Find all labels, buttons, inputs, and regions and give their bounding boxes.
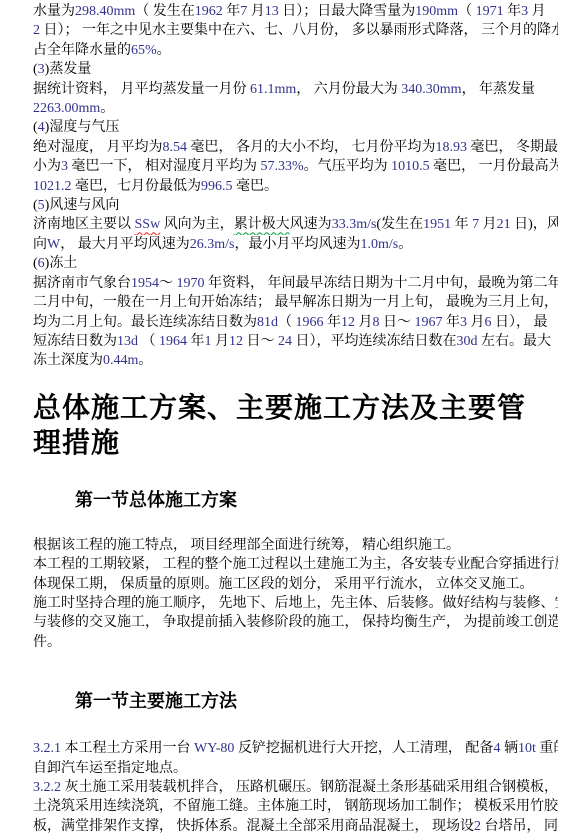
text-run: 件。	[33, 635, 61, 650]
text-run: 年	[187, 334, 205, 349]
text-run: 毫巴， 各月的大小不均， 七月份平均为	[187, 140, 436, 155]
text-line: (6)冻土	[33, 254, 558, 273]
text-run: 左右。最大	[478, 334, 552, 349]
latin-text-run: 57.33%	[261, 159, 304, 174]
text-run: 毫巴一下， 相对湿度月平均为	[68, 159, 261, 174]
text-run: 月	[355, 315, 373, 330]
latin-text-run: 1.0m/s	[360, 237, 398, 252]
spell-error-underline: SSw	[135, 217, 161, 232]
text-run: 风向为主，	[160, 217, 234, 232]
text-run: （	[278, 315, 296, 330]
latin-text-run: 30d	[457, 334, 478, 349]
text-run: 重的	[536, 741, 558, 756]
latin-text-run: 298.40mm	[75, 4, 135, 19]
overall-plan-text: 根据该工程的施工特点， 项目经理部全面进行统筹， 精心组织施工。本工程的工期较紧…	[33, 536, 558, 652]
text-line: 施工时坚持合理的施工顺序， 先地下、后地上，先主体、后装修。做好结构与装修、安装	[33, 594, 558, 613]
text-run: ， 最大月平均风速为	[60, 237, 190, 252]
text-line: (4)湿度与气压	[33, 118, 558, 137]
text-run: 施工时坚持合理的施工顺序， 先地下、后地上，先主体、后装修。做好结构与装修、安装	[33, 596, 558, 611]
latin-text-run: 33.3m/s	[332, 217, 377, 232]
latin-text-run: W	[47, 237, 60, 252]
latin-text-run: 6	[38, 256, 45, 271]
text-run: 日)，风	[511, 217, 558, 232]
text-run: 月	[467, 315, 485, 330]
latin-text-run: 3.2.2	[33, 780, 61, 795]
latin-text-run: 1971	[476, 4, 504, 19]
latin-text-run: 1954	[131, 276, 159, 291]
latin-text-run: 1966	[296, 315, 324, 330]
text-run: 。	[100, 101, 114, 116]
text-run: 反铲挖掘机进行大开挖，人工清理， 配备	[234, 741, 493, 756]
latin-text-run: 1951	[423, 217, 451, 232]
text-run: 自卸汽车运至指定地点。	[33, 761, 187, 776]
text-run: 日）；日最大降雪量为	[279, 4, 416, 19]
text-run: )风速与风向	[45, 198, 120, 213]
latin-text-run: 190mm	[415, 4, 458, 19]
text-run: （	[138, 334, 159, 349]
latin-text-run: 1962	[195, 4, 223, 19]
latin-text-run: 5	[38, 198, 45, 213]
document-content: 水量为298.40mm（ 发生在1962 年7 月13 日）；日最大降雪量为19…	[0, 0, 588, 836]
latin-text-run: 2	[474, 819, 481, 834]
latin-text-run: 2263.00mm	[33, 101, 100, 116]
text-run: 根据该工程的施工特点， 项目经理部全面进行统筹， 精心组织施工。	[33, 538, 460, 553]
text-line: 绝对湿度， 月平均为8.54 毫巴， 各月的大小不均， 七月份平均为18.93 …	[33, 138, 558, 157]
text-run: （ 发生在	[135, 4, 195, 19]
text-line: 据统计资料， 月平均蒸发量一月份 61.1mm， 六月份最大为 340.30mm…	[33, 80, 558, 99]
latin-text-run: 2	[33, 23, 40, 38]
text-run: 月	[212, 334, 230, 349]
text-line: 件。	[33, 633, 558, 652]
text-line: 根据该工程的施工特点， 项目经理部全面进行统筹， 精心组织施工。	[33, 536, 558, 555]
latin-text-run: SSw	[135, 217, 161, 232]
text-line: (5)风速与风向	[33, 196, 558, 215]
text-line: 小为3 毫巴一下， 相对湿度月平均为 57.33%。气压平均为 1010.5 毫…	[33, 157, 558, 176]
latin-text-run: 996.5	[201, 179, 233, 194]
latin-text-run: 1	[205, 334, 212, 349]
text-run: 冻土深度为	[33, 353, 103, 368]
text-run: 。	[398, 237, 412, 252]
text-line: 二月中旬，一般在一月上旬开始冻结； 最早解冻日期为一月上旬， 最晚为三月上旬， …	[33, 293, 558, 312]
latin-text-run: 0.44m	[103, 353, 138, 368]
text-run: （	[458, 4, 476, 19]
latin-text-run: 12	[341, 315, 355, 330]
text-line: 与装修的交叉施工， 争取提前插入装修阶段的施工， 保持均衡生产， 为提前竣工创造…	[33, 613, 558, 632]
text-line: 自卸汽车运至指定地点。	[33, 759, 558, 778]
text-run: 占全年降水量的	[33, 43, 131, 58]
text-run: 。气压平均为	[304, 159, 392, 174]
text-run: 体现保工期， 保质量的原则。施工区段的划分， 采用平行流水， 立体交叉施工。	[33, 577, 534, 592]
chapter-title: 总体施工方案、主要施工方法及主要管理措施	[33, 391, 558, 461]
text-run: 日～	[380, 315, 415, 330]
text-run: )湿度与气压	[45, 120, 120, 135]
text-run: 台塔吊， 同时	[481, 819, 558, 834]
latin-text-run: 18.93	[436, 140, 468, 155]
text-run: 二月中旬，一般在一月上旬开始冻结； 最早解冻日期为一月上旬， 最晚为三月上旬， …	[33, 295, 558, 310]
latin-text-run: 65%	[131, 43, 157, 58]
text-run: (发生在	[376, 217, 423, 232]
text-run: 毫巴，七月份最低为	[72, 179, 202, 194]
text-line: 2263.00mm。	[33, 99, 558, 118]
text-run: 。	[157, 43, 171, 58]
text-run: 济南地区主要以	[33, 217, 135, 232]
text-run: 据统计资料， 月平均蒸发量一月份	[33, 82, 250, 97]
text-run: ， 年蒸发量	[462, 82, 536, 97]
latin-text-run: 13	[265, 4, 279, 19]
text-run: 风速为	[290, 217, 332, 232]
latin-text-run: 1967	[415, 315, 443, 330]
text-run: 据济南市气象台	[33, 276, 131, 291]
text-run: 水量为	[33, 4, 75, 19]
latin-text-run: 1010.5	[391, 159, 430, 174]
text-run: 绝对湿度， 月平均为	[33, 140, 163, 155]
latin-text-run: 8	[373, 315, 380, 330]
latin-text-run: 6	[485, 315, 492, 330]
text-run: 年	[504, 4, 522, 19]
latin-text-run: 1964	[159, 334, 187, 349]
text-run: 累计极大	[234, 217, 290, 232]
text-run: 向	[33, 237, 47, 252]
text-run: 月	[479, 217, 497, 232]
latin-text-run: 3.2.1	[33, 741, 61, 756]
document-page: 水量为298.40mm（ 发生在1962 年7 月13 日）；日最大降雪量为19…	[0, 0, 588, 836]
main-methods-text: 3.2.1 本工程土方采用一台 WY-80 反铲挖掘机进行大开挖，人工清理， 配…	[33, 739, 558, 836]
text-line: 土浇筑采用连续浇筑，不留施工缝。主体施工时， 钢筋现场加工制作； 模板采用竹胶合…	[33, 797, 558, 816]
latin-text-run: 8.54	[163, 140, 188, 155]
latin-text-run: 3	[61, 159, 68, 174]
text-line: 均为二月上旬。最长连续冻结日数为81d（ 1966 年12 月8 日～ 1967…	[33, 313, 558, 332]
text-line: 2 日）； 一年之中见水主要集中在六、七、八月份， 多以暴雨形式降落， 三个月的…	[33, 21, 558, 40]
latin-text-run: 61.1mm	[250, 82, 296, 97]
text-run: )蒸发量	[45, 62, 92, 77]
latin-text-run: 1970	[177, 276, 205, 291]
text-run: 土浇筑采用连续浇筑，不留施工缝。主体施工时， 钢筋现场加工制作； 模板采用竹胶合…	[33, 799, 558, 814]
text-run: ～	[159, 276, 177, 291]
latin-text-run: WY-80	[194, 741, 234, 756]
latin-text-run: 81d	[257, 315, 278, 330]
text-run: 灰土施工采用装载机拌合， 压路机碾压。钢筋混凝土条形基础采用组合钢模板，混凝	[61, 780, 558, 795]
text-run: 辆	[500, 741, 518, 756]
text-run: 本工程土方采用一台	[61, 741, 194, 756]
text-run: 日～	[243, 334, 278, 349]
text-run: 毫巴。	[233, 179, 279, 194]
text-run: 日）； 一年之中见水主要集中在六、七、八月份， 多以暴雨形式降落， 三个月的降水…	[40, 23, 558, 38]
text-run: 板，满堂排架作支撑， 快拆体系。混凝土全部采用商品混凝土， 现场设	[33, 819, 474, 834]
latin-text-run: 3	[38, 62, 45, 77]
text-run: 月	[247, 4, 265, 19]
text-line: 3.2.1 本工程土方采用一台 WY-80 反铲挖掘机进行大开挖，人工清理， 配…	[33, 739, 558, 758]
text-line: 据济南市气象台1954～ 1970 年资料， 年间最早冻结日期为十二月中旬，最晚…	[33, 274, 558, 293]
text-run: 。	[138, 353, 152, 368]
text-run: 年资料， 年间最早冻结日期为十二月中旬，最晚为第二年的	[205, 276, 559, 291]
text-line: 济南地区主要以 SSw 风向为主，累计极大风速为33.3m/s(发生在1951 …	[33, 215, 558, 234]
latin-text-run: 3	[521, 4, 528, 19]
text-run: 本工程的工期较紧， 工程的整个施工过程以土建施工为主，各安装专业配合穿插进行施工…	[33, 557, 558, 572]
text-run: 年	[443, 315, 461, 330]
text-run: 短冻结日数为	[33, 334, 117, 349]
text-run: 与装修的交叉施工， 争取提前插入装修阶段的施工， 保持均衡生产， 为提前竣工创造…	[33, 615, 558, 630]
text-run: 日），平均连续冻结日数在	[292, 334, 457, 349]
text-run: ，最小月平均风速为	[234, 237, 360, 252]
latin-text-run: 10t	[518, 741, 536, 756]
text-line: 冻土深度为0.44m。	[33, 351, 558, 370]
grammar-error-underline: 累计极大	[234, 217, 290, 232]
latin-text-run: 24	[278, 334, 292, 349]
text-run: 小为	[33, 159, 61, 174]
text-line: (3)蒸发量	[33, 60, 558, 79]
latin-text-run: 13d	[117, 334, 138, 349]
latin-text-run: 340.30mm	[401, 82, 461, 97]
latin-text-run: 1021.2	[33, 179, 72, 194]
text-run: 年	[223, 4, 241, 19]
latin-text-run: 26.3m/s	[190, 237, 235, 252]
text-run: )冻土	[45, 256, 78, 271]
text-line: 板，满堂排架作支撑， 快拆体系。混凝土全部采用商品混凝土， 现场设2 台塔吊， …	[33, 817, 558, 836]
text-run: 毫巴， 一月份最高为	[430, 159, 558, 174]
text-line: 占全年降水量的65%。	[33, 41, 558, 60]
chapter-title-line: 总体施工方案、主要施工方法及主要管	[33, 391, 558, 426]
chapter-title-line: 理措施	[33, 426, 558, 461]
latin-text-run: 3	[460, 315, 467, 330]
text-line: 3.2.2 灰土施工采用装载机拌合， 压路机碾压。钢筋混凝土条形基础采用组合钢模…	[33, 778, 558, 797]
text-run: ， 六月份最大为	[296, 82, 401, 97]
text-run: 月	[528, 4, 546, 19]
text-run: 年	[324, 315, 342, 330]
text-run: 年	[451, 217, 472, 232]
text-line: 向W， 最大月平均风速为26.3m/s，最小月平均风速为1.0m/s。	[33, 235, 558, 254]
text-run: 日）， 最	[492, 315, 548, 330]
latin-text-run: 21	[497, 217, 511, 232]
text-run: 毫巴， 冬期最	[467, 140, 558, 155]
latin-text-run: 4	[38, 120, 45, 135]
text-line: 体现保工期， 保质量的原则。施工区段的划分， 采用平行流水， 立体交叉施工。	[33, 575, 558, 594]
latin-text-run: 12	[229, 334, 243, 349]
text-line: 1021.2 毫巴，七月份最低为996.5 毫巴。	[33, 177, 558, 196]
section-heading-main-methods: 第一节主要施工方法	[75, 689, 558, 713]
text-line: 短冻结日数为13d （ 1964 年1 月12 日～ 24 日），平均连续冻结日…	[33, 332, 558, 351]
text-line: 本工程的工期较紧， 工程的整个施工过程以土建施工为主，各安装专业配合穿插进行施工…	[33, 555, 558, 574]
climate-conditions-text: 水量为298.40mm（ 发生在1962 年7 月13 日）；日最大降雪量为19…	[33, 2, 558, 371]
text-run: 均为二月上旬。最长连续冻结日数为	[33, 315, 257, 330]
text-line: 水量为298.40mm（ 发生在1962 年7 月13 日）；日最大降雪量为19…	[33, 2, 558, 21]
section-heading-overall-plan: 第一节总体施工方案	[75, 488, 558, 512]
